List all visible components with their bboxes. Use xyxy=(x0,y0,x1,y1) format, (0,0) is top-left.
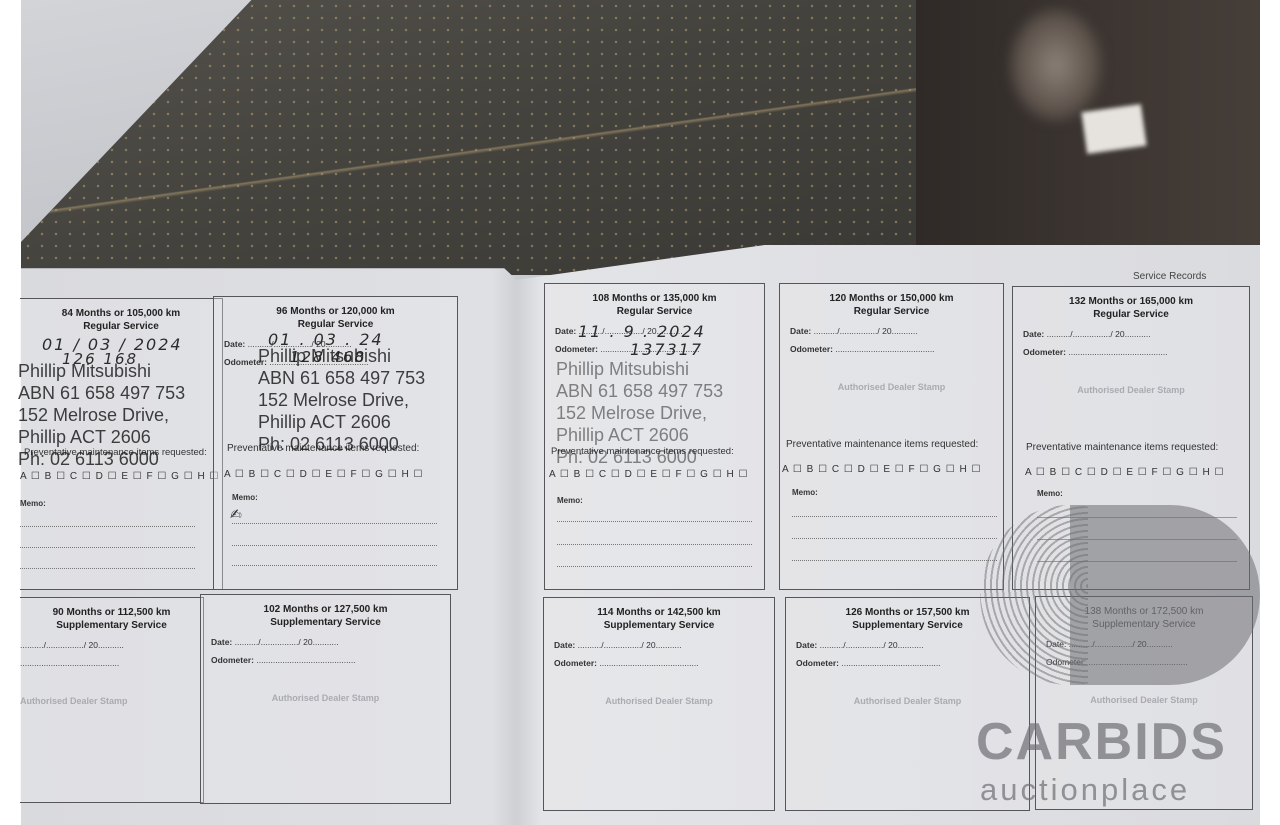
pm-requested-label: Preventative maintenance items requested… xyxy=(786,439,978,450)
service-type: Regular Service xyxy=(1013,308,1249,321)
memo-line xyxy=(20,526,195,527)
service-interval: 84 Months or 105,000 km xyxy=(20,307,222,320)
card-title: 96 Months or 120,000 km Regular Service xyxy=(214,305,457,331)
memo-line xyxy=(20,547,195,548)
watermark-tagline: auctionplace xyxy=(980,772,1190,808)
watermark-brand: CARBIDS xyxy=(976,712,1227,772)
memo-line xyxy=(557,521,752,522)
handwritten-date: 11 . 9 . 2024 xyxy=(578,322,706,341)
memo-label: Memo: xyxy=(20,499,46,508)
supplementary-card-102-months: 102 Months or 127,500 km Supplementary S… xyxy=(200,594,451,804)
supplementary-card-114-months: 114 Months or 142,500 km Supplementary S… xyxy=(543,597,775,811)
memo-line xyxy=(232,545,437,546)
authorised-dealer-stamp-placeholder: Authorised Dealer Stamp xyxy=(20,696,203,706)
authorised-dealer-stamp-placeholder: Authorised Dealer Stamp xyxy=(201,693,450,703)
pm-checkboxes[interactable]: A ☐ B ☐ C ☐ D ☐ E ☐ F ☐ G ☐ H ☐ xyxy=(782,464,981,475)
dealer-stamp: Phillip MitsubishiABN 61 658 497 753152 … xyxy=(18,360,185,470)
service-interval: 120 Months or 150,000 km xyxy=(780,292,1003,305)
service-card-120-months: 120 Months or 150,000 km Regular Service… xyxy=(779,283,1004,590)
memo-line xyxy=(232,565,437,566)
date-field[interactable]: Date: ........../................/ 20...… xyxy=(554,640,774,650)
card-title: 90 Months or 112,500 km Supplementary Se… xyxy=(20,606,203,632)
pm-checkboxes[interactable]: A ☐ B ☐ C ☐ D ☐ E ☐ F ☐ G ☐ H ☐ xyxy=(20,471,219,482)
odometer-field[interactable]: Odometer: ..............................… xyxy=(790,344,1003,354)
handwritten-initials: ✍ xyxy=(230,507,244,523)
odometer-field[interactable]: Odometer: ..............................… xyxy=(796,658,1029,668)
memo-label: Memo: xyxy=(232,493,258,502)
service-type: Supplementary Service xyxy=(544,619,774,632)
memo-line xyxy=(792,516,997,517)
odometer-field[interactable]: Odometer: ..............................… xyxy=(554,658,774,668)
authorised-dealer-stamp-placeholder: Authorised Dealer Stamp xyxy=(544,696,774,706)
card-title: 120 Months or 150,000 km Regular Service xyxy=(780,292,1003,318)
card-title: 84 Months or 105,000 km Regular Service xyxy=(20,307,222,333)
authorised-dealer-stamp-placeholder: Authorised Dealer Stamp xyxy=(1036,695,1252,705)
service-type: Regular Service xyxy=(20,320,222,333)
date-field[interactable]: Date: ........../................/ 20...… xyxy=(790,326,1003,336)
memo-line xyxy=(792,560,997,561)
card-title: 102 Months or 127,500 km Supplementary S… xyxy=(201,603,450,629)
odometer-field[interactable]: Odometer: ..............................… xyxy=(211,655,450,665)
memo-label: Memo: xyxy=(1037,489,1063,498)
pm-checkboxes[interactable]: A ☐ B ☐ C ☐ D ☐ E ☐ F ☐ G ☐ H ☐ xyxy=(1025,467,1224,478)
blurred-object xyxy=(1011,10,1101,120)
date-field[interactable]: ........../................/ 20.........… xyxy=(20,640,203,650)
service-interval: 108 Months or 135,000 km xyxy=(545,292,764,305)
service-interval: 132 Months or 165,000 km xyxy=(1013,295,1249,308)
date-field[interactable]: Date: ........../................/ 20...… xyxy=(211,637,450,647)
odometer-field[interactable]: ........................................… xyxy=(20,658,203,668)
service-interval: 96 Months or 120,000 km xyxy=(214,305,457,318)
service-type: Supplementary Service xyxy=(20,619,203,632)
dealer-stamp: Phillip MitsubishiABN 61 658 497 753152 … xyxy=(258,345,425,455)
card-title: 108 Months or 135,000 km Regular Service xyxy=(545,292,764,318)
blurred-tag xyxy=(1081,104,1146,154)
memo-line xyxy=(557,566,752,567)
supplementary-card-90-months: 90 Months or 112,500 km Supplementary Se… xyxy=(20,597,204,803)
memo-line xyxy=(20,568,195,569)
service-interval: 102 Months or 127,500 km xyxy=(201,603,450,616)
handwritten-odometer: 137317 xyxy=(630,340,703,359)
pm-checkboxes[interactable]: A ☐ B ☐ C ☐ D ☐ E ☐ F ☐ G ☐ H ☐ xyxy=(549,469,748,480)
pm-checkboxes[interactable]: A ☐ B ☐ C ☐ D ☐ E ☐ F ☐ G ☐ H ☐ xyxy=(224,469,423,480)
service-interval: 114 Months or 142,500 km xyxy=(544,606,774,619)
watermark-b-logo-icon xyxy=(1070,505,1260,685)
memo-label: Memo: xyxy=(557,496,583,505)
memo-line xyxy=(557,544,752,545)
card-title: 132 Months or 165,000 km Regular Service xyxy=(1013,295,1249,321)
authorised-dealer-stamp-placeholder: Authorised Dealer Stamp xyxy=(1013,385,1249,395)
service-type: Regular Service xyxy=(780,305,1003,318)
authorised-dealer-stamp-placeholder: Authorised Dealer Stamp xyxy=(780,382,1003,392)
page-header: Service Records xyxy=(1133,271,1206,282)
pm-requested-label: Preventative maintenance items requested… xyxy=(1026,442,1218,453)
memo-line xyxy=(792,538,997,539)
service-interval: 90 Months or 112,500 km xyxy=(20,606,203,619)
memo-label: Memo: xyxy=(792,488,818,497)
authorised-dealer-stamp-placeholder: Authorised Dealer Stamp xyxy=(786,696,1029,706)
service-type: Supplementary Service xyxy=(201,616,450,629)
card-title: 114 Months or 142,500 km Supplementary S… xyxy=(544,606,774,632)
service-type: Regular Service xyxy=(545,305,764,318)
odometer-field[interactable]: Odometer: ..............................… xyxy=(1023,347,1249,357)
date-field[interactable]: Date: ........../................/ 20...… xyxy=(1023,329,1249,339)
memo-line xyxy=(232,523,437,524)
dealer-stamp-faded: Phillip MitsubishiABN 61 658 497 753152 … xyxy=(556,358,723,468)
